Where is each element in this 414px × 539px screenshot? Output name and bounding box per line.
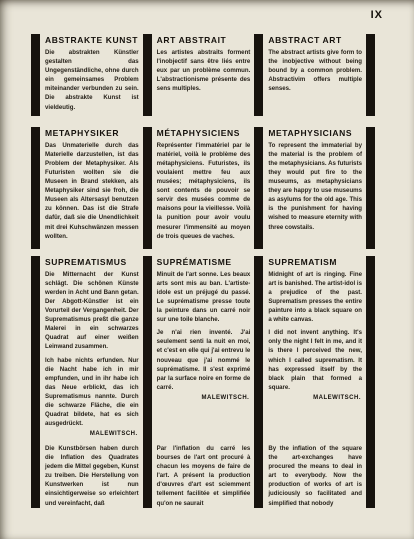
section-heading-fr: MÉTAPHYSICIENS	[157, 128, 251, 138]
column-french: ART ABSTRAIT Les artistes abstraits form…	[152, 34, 255, 116]
section-heading-en: ABSTRACT ART	[268, 35, 362, 45]
section-divider-bar	[143, 127, 152, 249]
content-area: ABSTRAKTE KUNST Die abstrakten Künstler …	[31, 34, 375, 508]
column-german: METAPHYSIKER Das Unmaterielle durch das …	[40, 127, 143, 249]
body-paragraph: Représenter l'immatériel par le matériel…	[157, 141, 251, 241]
section-divider-bar	[366, 127, 375, 249]
section-divider-bar	[254, 34, 263, 116]
body-paragraph: Midnight of art is ringing. Fine art is …	[268, 270, 362, 325]
section-heading-de: SUPREMATISMUS	[45, 257, 139, 267]
section-heading-de: ABSTRAKTE KUNST	[45, 35, 139, 45]
footer-paragraph: Par l'inflation du carré les bourses de …	[157, 444, 251, 508]
column-german: ABSTRAKTE KUNST Die abstrakten Künstler …	[40, 34, 143, 116]
section-heading-de: METAPHYSIKER	[45, 128, 139, 138]
author-signature: MALEWITSCH.	[268, 395, 361, 401]
section-divider-bar	[254, 127, 263, 249]
body-paragraph: Minuit de l'art sonne. Les beaux arts so…	[157, 270, 251, 325]
section-divider-bar	[31, 256, 40, 508]
column-french: SUPRÉMATISME Minuit de l'art sonne. Les …	[152, 256, 255, 508]
page-number: IX	[371, 9, 383, 21]
section-divider-bar	[254, 256, 263, 508]
book-page: IX ABSTRAKTE KUNST Die abstrakten Künstl…	[0, 0, 414, 539]
section-heading-fr: ART ABSTRAIT	[157, 35, 251, 45]
body-paragraph: Les artistes abstraits forment l'inobjec…	[157, 48, 251, 93]
column-english: ABSTRACT ART The abstract artists give f…	[263, 34, 366, 116]
footer-paragraph: Die Kunstbörsen haben durch die Inflatio…	[45, 444, 139, 508]
body-paragraph: The abstract artists give form to the in…	[268, 48, 362, 93]
author-signature: MALEWITSCH.	[157, 395, 250, 401]
column-german: SUPREMATISMUS Die Mitternacht der Kunst …	[40, 256, 143, 508]
column-english: METAPHYSICIANS To represent the immateri…	[263, 127, 366, 249]
section-divider-bar	[366, 256, 375, 508]
section-divider-bar	[31, 127, 40, 249]
section-divider-bar	[143, 34, 152, 116]
body-paragraph: Die Mitternacht der Kunst schlägt. Die s…	[45, 270, 139, 352]
section-abstract-art: ABSTRAKTE KUNST Die abstrakten Künstler …	[31, 34, 375, 116]
author-signature: MALEWITSCH.	[45, 431, 138, 437]
section-divider-bar	[31, 34, 40, 116]
body-paragraph: To represent the immaterial by the mater…	[268, 141, 362, 232]
body-paragraph: Ich habe nichts erfunden. Nur die Nacht …	[45, 356, 139, 429]
section-divider-bar	[366, 34, 375, 116]
section-divider-bar	[143, 256, 152, 508]
section-heading-en: METAPHYSICIANS	[268, 128, 362, 138]
body-paragraph: Je n'ai rien inventé. J'ai seulement sen…	[157, 328, 251, 392]
section-heading-en: SUPREMATISM	[268, 257, 362, 267]
body-paragraph: I did not invent anything. It's only the…	[268, 328, 362, 392]
section-heading-fr: SUPRÉMATISME	[157, 257, 251, 267]
column-french: MÉTAPHYSICIENS Représenter l'immatériel …	[152, 127, 255, 249]
body-paragraph: Das Unmaterielle durch das Materielle da…	[45, 141, 139, 241]
footer-paragraph: By the inflation of the square the art-e…	[268, 444, 362, 508]
column-english: SUPREMATISM Midnight of art is ringing. …	[263, 256, 366, 508]
section-metaphysicians: METAPHYSIKER Das Unmaterielle durch das …	[31, 127, 375, 249]
section-suprematism: SUPREMATISMUS Die Mitternacht der Kunst …	[31, 256, 375, 508]
body-paragraph: Die abstrakten Künstler gestalten das Un…	[45, 48, 139, 112]
